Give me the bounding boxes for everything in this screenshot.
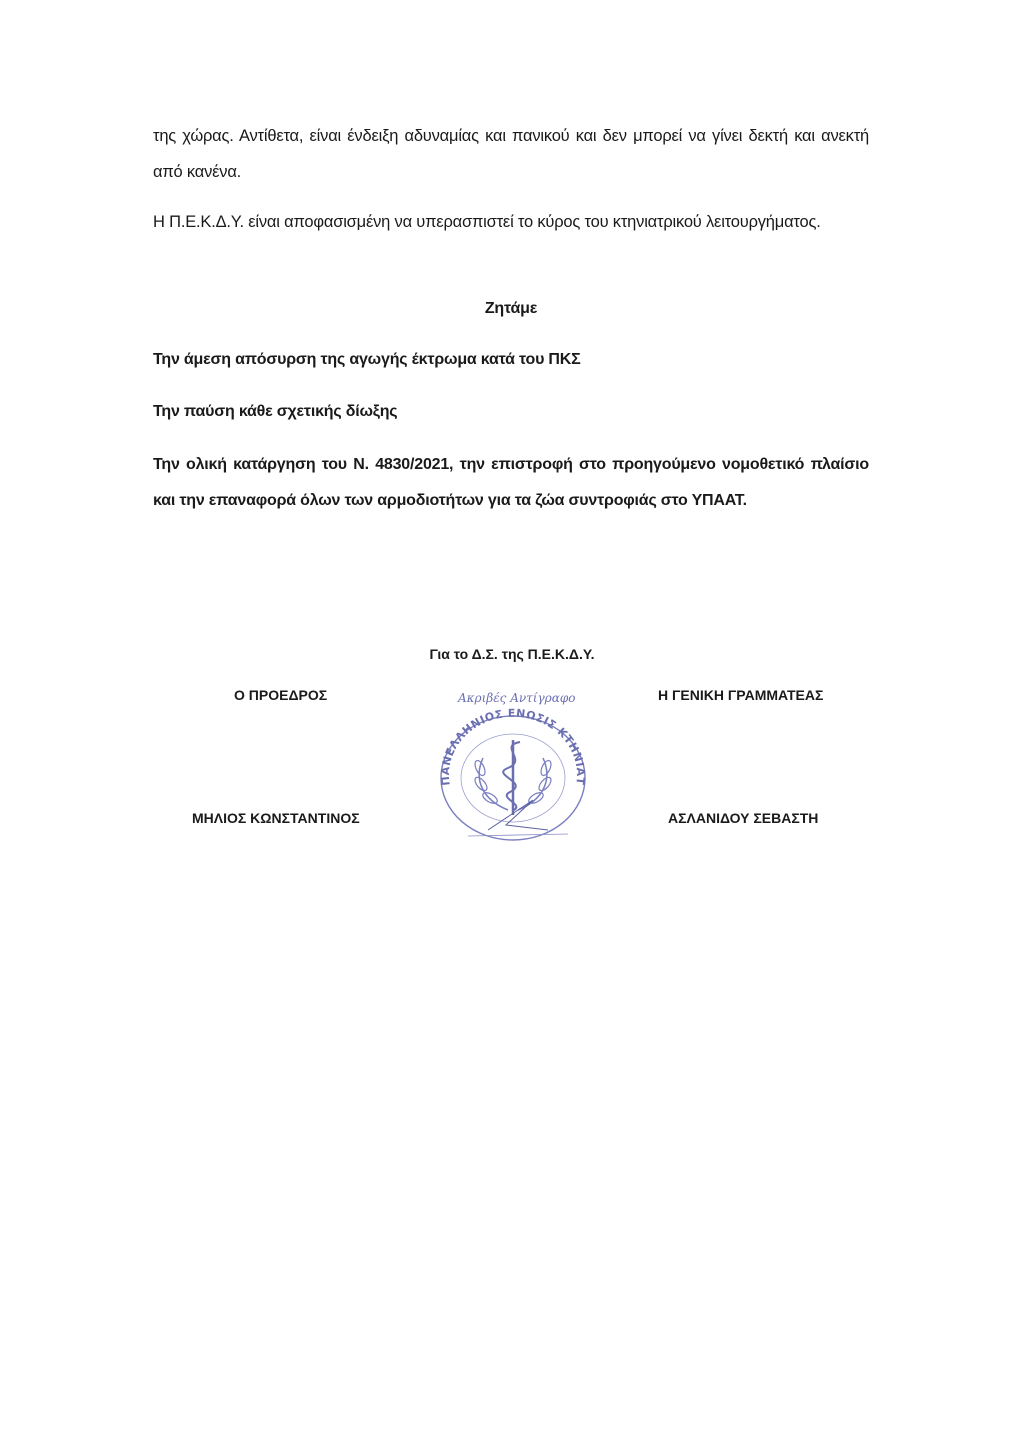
president-title: Ο ΠΡΟΕΔΡΟΣ: [234, 687, 327, 703]
official-stamp: Ακριβές Αντίγραφο ΠΑΝΕΛΛΗΝΙΟΣ ΕΝΩΣΙΣ ΚΤΗ…: [428, 680, 598, 850]
secretary-name: ΑΣΛΑΝΙΔΟΥ ΣΕΒΑΣΤΗ: [668, 810, 818, 826]
document-page: της χώρας. Αντίθετα, είναι ένδειξη αδυνα…: [0, 0, 1024, 1448]
secretary-title: Η ΓΕΝΙΚΗ ΓΡΑΜΜΑΤΕΑΣ: [658, 687, 823, 703]
stamp-seal-icon: Ακριβές Αντίγραφο ΠΑΝΕΛΛΗΝΙΟΣ ΕΝΩΣΙΣ ΚΤΗ…: [428, 680, 598, 850]
demand-item-1: Την άμεση απόσυρση της αγωγής έκτρωμα κα…: [153, 342, 869, 378]
signature-header: Για το Δ.Σ. της Π.Ε.Κ.Δ.Υ.: [0, 646, 1024, 662]
president-name: ΜΗΛΙΟΣ ΚΩΝΣΤΑΝΤΙΝΟΣ: [192, 810, 360, 826]
demand-item-2: Την παύση κάθε σχετικής δίωξης: [153, 394, 869, 430]
paragraph-1: της χώρας. Αντίθετα, είναι ένδειξη αδυνα…: [153, 118, 869, 190]
paragraph-2: Η Π.Ε.Κ.Δ.Υ. είναι αποφασισμένη να υπερα…: [153, 204, 869, 240]
demand-item-3: Την ολική κατάργηση του Ν. 4830/2021, τη…: [153, 447, 869, 519]
demands-heading: Ζητάμε: [153, 291, 869, 327]
stamp-handwriting: Ακριβές Αντίγραφο: [457, 691, 575, 705]
